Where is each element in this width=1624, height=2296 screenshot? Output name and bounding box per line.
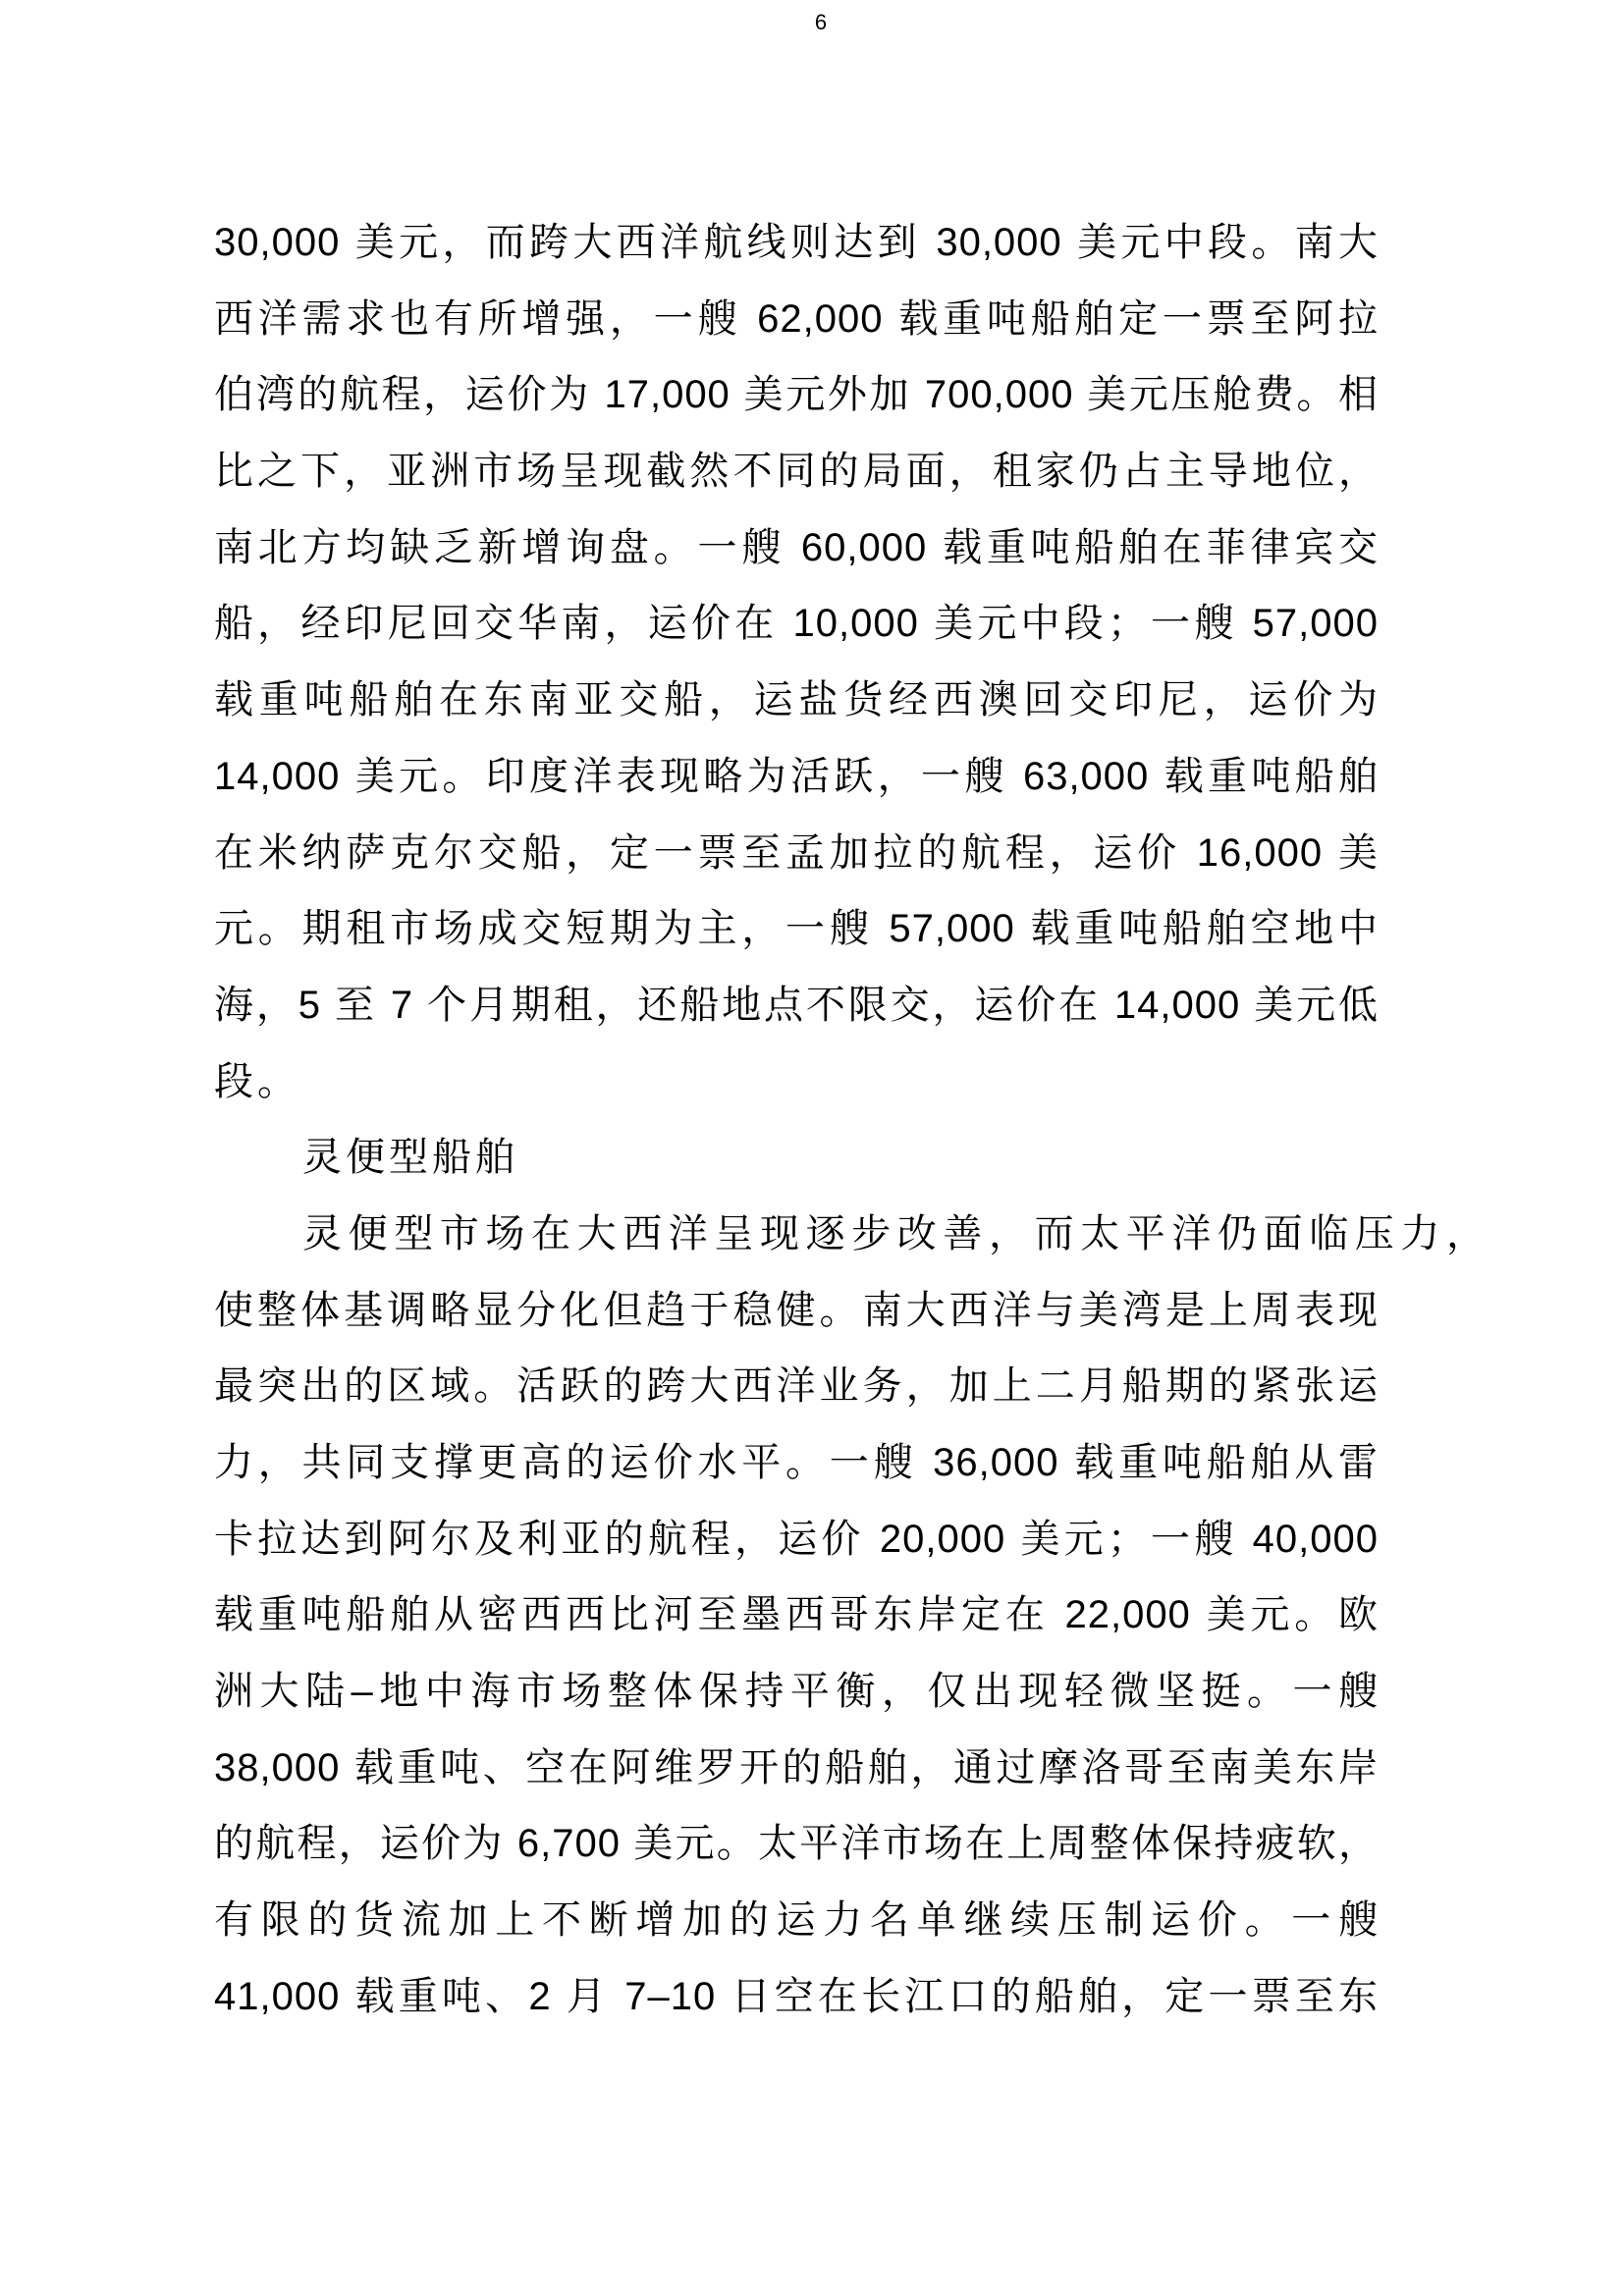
text-line: 14,000 美元。印度洋表现略为活跃，一艘 63,000 载重吨船舶 — [214, 739, 1379, 816]
text-line: 海，5 至 7 个月期租，还船地点不限交，运价在 14,000 美元低 — [214, 968, 1379, 1044]
section-heading: 灵便型船舶 — [214, 1120, 1379, 1197]
text-line: 载重吨船舶从密西西比河至墨西哥东岸定在 22,000 美元。欧 — [214, 1577, 1379, 1654]
text-line: 力，共同支撑更高的运价水平。一艘 36,000 载重吨船舶从雷 — [214, 1425, 1379, 1502]
text-line: 30,000 美元，而跨大西洋航线则达到 30,000 美元中段。南大 — [214, 205, 1379, 282]
paragraph-panamax-continued: 30,000 美元，而跨大西洋航线则达到 30,000 美元中段。南大 西洋需求… — [214, 205, 1379, 1120]
text-line: 38,000 载重吨、空在阿维罗开的船舶，通过摩洛哥至南美东岸 — [214, 1731, 1379, 1807]
text-line: 有限的货流加上不断增加的运力名单继续压制运价。一艘 — [214, 1883, 1379, 1959]
text-line: 船，经印尼回交华南，运价在 10,000 美元中段；一艘 57,000 — [214, 586, 1379, 663]
text-line: 最突出的区域。活跃的跨大西洋业务，加上二月船期的紧张运 — [214, 1349, 1379, 1425]
text-line: 比之下，亚洲市场呈现截然不同的局面，租家仍占主导地位， — [214, 434, 1379, 510]
text-line: 洲大陆–地中海市场整体保持平衡，仅出现轻微坚挺。一艘 — [214, 1654, 1379, 1731]
text-line: 南北方均缺乏新增询盘。一艘 60,000 载重吨船舶在菲律宾交 — [214, 510, 1379, 587]
text-line: 西洋需求也有所增强，一艘 62,000 载重吨船舶定一票至阿拉 — [214, 282, 1379, 358]
text-line: 灵便型市场在大西洋呈现逐步改善，而太平洋仍面临压力， — [214, 1197, 1487, 1273]
text-line: 载重吨船舶在东南亚交船，运盐货经西澳回交印尼，运价为 — [214, 663, 1379, 739]
document-body: 30,000 美元，而跨大西洋航线则达到 30,000 美元中段。南大 西洋需求… — [214, 205, 1379, 2036]
text-line: 卡拉达到阿尔及利亚的航程，运价 20,000 美元；一艘 40,000 — [214, 1502, 1379, 1578]
text-line: 41,000 载重吨、2 月 7–10 日空在长江口的船舶，定一票至东 — [214, 1959, 1379, 2036]
paragraph-handysize: 灵便型市场在大西洋呈现逐步改善，而太平洋仍面临压力， 使整体基调略显分化但趋于稳… — [214, 1197, 1379, 2036]
text-line: 元。期租市场成交短期为主，一艘 57,000 载重吨船舶空地中 — [214, 891, 1379, 968]
text-line: 段。 — [214, 1044, 1379, 1121]
text-line: 的航程，运价为 6,700 美元。太平洋市场在上周整体保持疲软， — [214, 1806, 1379, 1883]
page-number: 6 — [0, 10, 1624, 35]
text-line: 在米纳萨克尔交船，定一票至孟加拉的航程，运价 16,000 美 — [214, 816, 1379, 892]
text-line: 伯湾的航程，运价为 17,000 美元外加 700,000 美元压舱费。相 — [214, 357, 1379, 434]
text-line: 使整体基调略显分化但趋于稳健。南大西洋与美湾是上周表现 — [214, 1273, 1379, 1350]
